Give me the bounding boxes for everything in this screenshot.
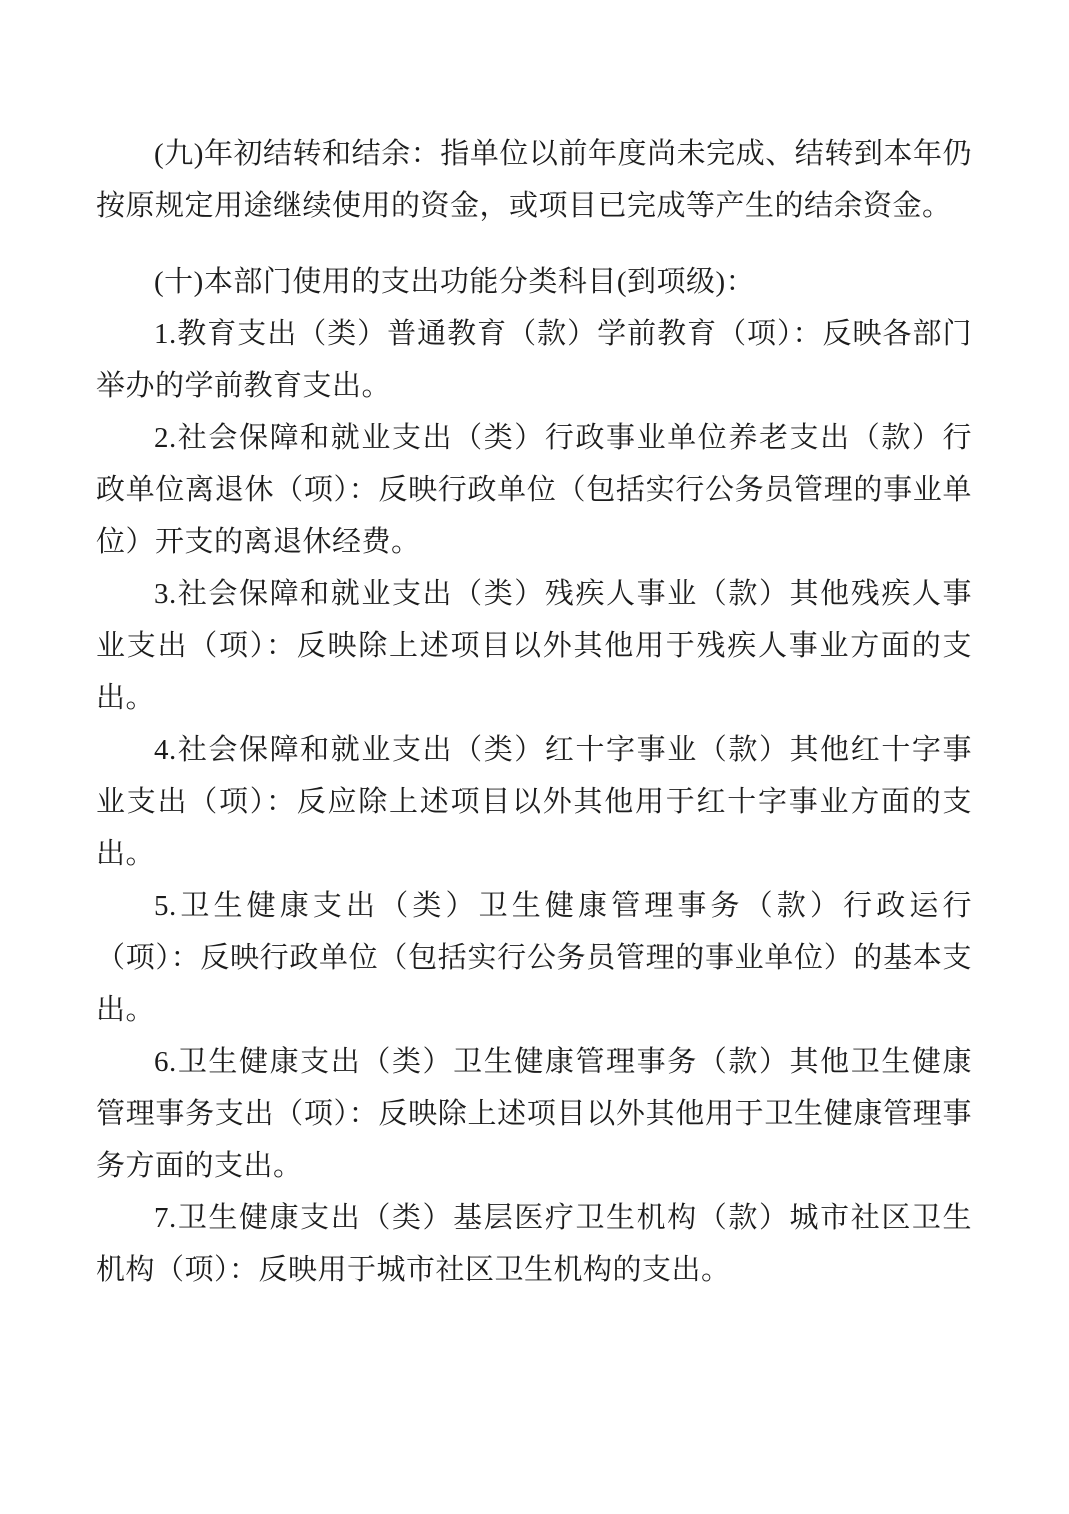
paragraph-item-6-other-health-admin: 6.卫生健康支出（类）卫生健康管理事务（款）其他卫生健康管理事务支出（项）：反映… (96, 1036, 972, 1192)
paragraph-item-1-education: 1.教育支出（类）普通教育（款）学前教育（项）：反映各部门举办的学前教育支出。 (96, 308, 972, 412)
paragraph-item-5-health-admin-operation: 5.卫生健康支出（类）卫生健康管理事务（款）行政运行（项）：反映行政单位（包括实… (96, 880, 972, 1036)
paragraph-section-10-heading: (十)本部门使用的支出功能分类科目(到项级)： (96, 256, 972, 308)
document-page: (九)年初结转和结余：指单位以前年度尚未完成、结转到本年仍按原规定用途继续使用的… (0, 0, 1069, 1514)
paragraph-item-3-disabled-persons: 3.社会保障和就业支出（类）残疾人事业（款）其他残疾人事业支出（项）：反映除上述… (96, 568, 972, 724)
paragraph-section-9-carryover: (九)年初结转和结余：指单位以前年度尚未完成、结转到本年仍按原规定用途继续使用的… (96, 128, 972, 232)
paragraph-item-2-social-security-pension: 2.社会保障和就业支出（类）行政事业单位养老支出（款）行政单位离退休（项）：反映… (96, 412, 972, 568)
document-body: (九)年初结转和结余：指单位以前年度尚未完成、结转到本年仍按原规定用途继续使用的… (96, 128, 972, 1296)
paragraph-item-7-community-health: 7.卫生健康支出（类）基层医疗卫生机构（款）城市社区卫生机构（项）：反映用于城市… (96, 1192, 972, 1296)
paragraph-item-4-red-cross: 4.社会保障和就业支出（类）红十字事业（款）其他红十字事业支出（项）：反应除上述… (96, 724, 972, 880)
